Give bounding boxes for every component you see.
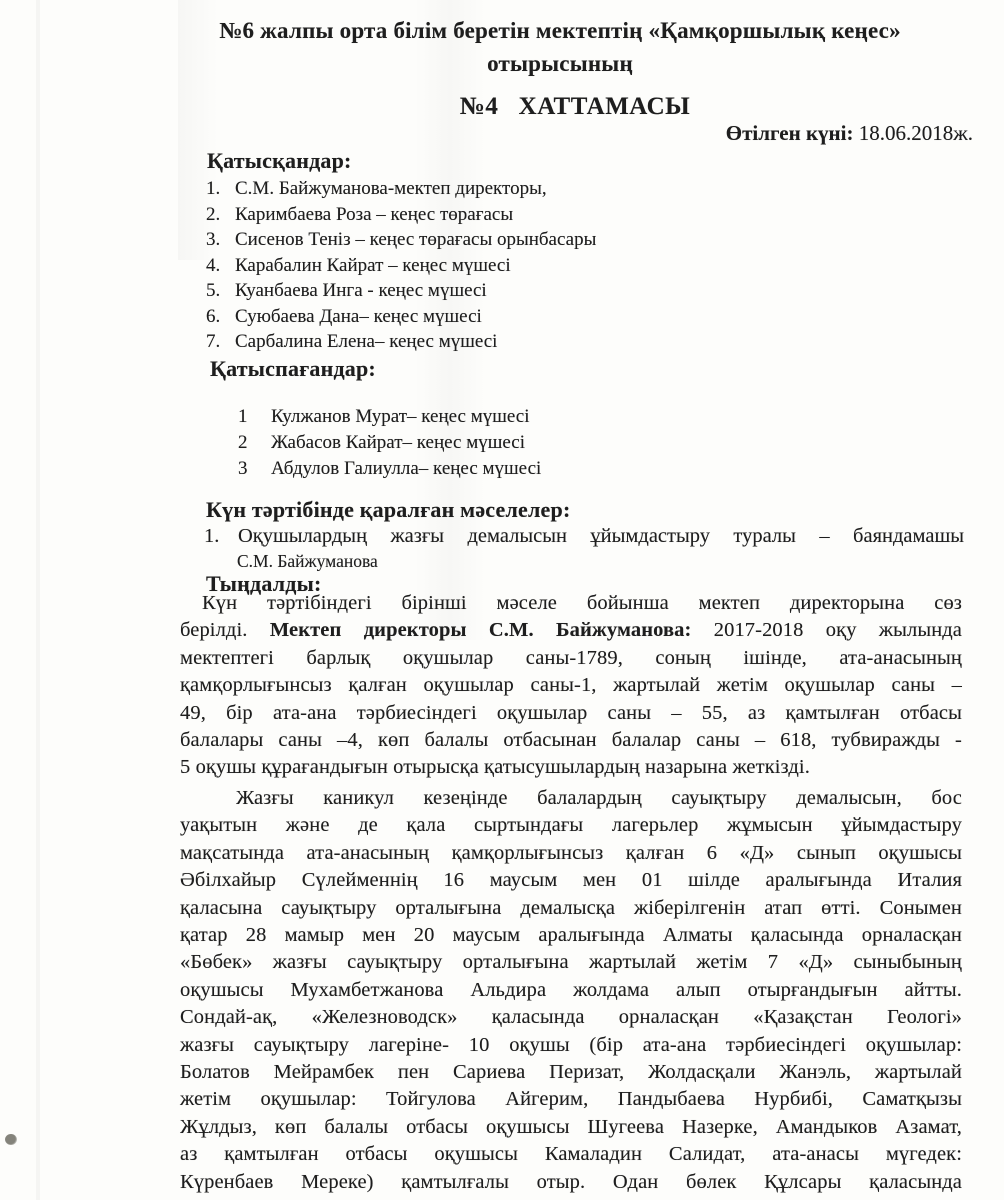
- agenda-item-number: 1.: [204, 525, 238, 548]
- date-label: Өтілген күні:: [726, 121, 854, 145]
- attendee-text: Суюбаева Дана– кеңес мүшесі: [235, 304, 482, 330]
- absentee-number: 3: [238, 456, 271, 482]
- absentee-text: Жабасов Кайрат– кеңес мүшесі: [271, 430, 525, 456]
- attendees-heading: Қатысқандар:: [207, 148, 352, 174]
- paragraph-line: қаласына сауықтыру орталығына демалысқа …: [180, 895, 962, 922]
- paragraph-line: Әбілхайыр Сүлейменнің 16 маусым мен 01 ш…: [180, 867, 962, 894]
- attendee-text: Сисенов Теніз – кеңес төрағасы орынбасар…: [235, 227, 596, 253]
- attendee-number: 3.: [206, 227, 235, 253]
- absentee-text: Кулжанов Мурат– кеңес мүшесі: [271, 404, 529, 430]
- paragraph-line: қатар 28 мамыр мен 20 маусым аралығында …: [180, 922, 962, 949]
- attendee-row: 3.Сисенов Теніз – кеңес төрағасы орынбас…: [206, 227, 596, 253]
- paragraph-line: Болатов Мейрамбек пен Сариева Перизат, Ж…: [180, 1059, 962, 1086]
- attendee-row: 1.С.М. Байжуманова-мектеп директоры,: [206, 176, 596, 202]
- attendee-number: 6.: [206, 304, 235, 330]
- paragraph-line: Жазғы каникул кезеңінде балалардың сауық…: [180, 785, 962, 812]
- absentee-row: 2Жабасов Кайрат– кеңес мүшесі: [238, 430, 541, 456]
- attendee-text: Куанбаева Инга - кеңес мүшесі: [235, 278, 487, 304]
- paragraph-line: уақытын және де қала сыртындағы лагерьле…: [180, 812, 962, 839]
- absentee-row: 1Кулжанов Мурат– кеңес мүшесі: [238, 404, 541, 430]
- line-text: 2017-2018 оқу жылында: [691, 619, 962, 641]
- date-line: Өтілген күні: 18.06.2018ж.: [180, 121, 973, 146]
- director-name-bold: Мектеп директоры С.М. Байжуманова:: [270, 619, 692, 641]
- paragraph-line: 5 оқушы құрағандығын отырысқа қатысушыла…: [180, 754, 962, 781]
- attendee-row: 5.Куанбаева Инга - кеңес мүшесі: [206, 278, 596, 304]
- attendee-row: 2.Каримбаева Роза – кеңес төрағасы: [206, 202, 596, 228]
- line-text: берілді.: [180, 619, 270, 641]
- document-title-line2: отырысының: [170, 47, 950, 80]
- attendee-row: 4.Карабалин Кайрат – кеңес мүшесі: [206, 253, 596, 279]
- attendees-list: 1.С.М. Байжуманова-мектеп директоры, 2.К…: [206, 176, 596, 355]
- scanned-protocol-document: №6 жалпы орта білім беретін мектептің «Қ…: [0, 0, 1004, 1200]
- attendee-text: Каримбаева Роза – кеңес төрағасы: [235, 202, 513, 228]
- agenda-heading: Күн тәртібінде қаралған мәселелер:: [206, 497, 570, 523]
- paragraph-line: жетім оқушылар: Тойгулова Айгерим, Панды…: [180, 1086, 962, 1113]
- paragraph-line: Сондай-ақ, «Железноводск» қаласында орна…: [180, 1004, 962, 1031]
- agenda-item: 1. Оқушылардың жазғы демалысын ұйымдасты…: [204, 525, 964, 548]
- heard-paragraph-1: Күн тәртібіндегі бірінші мәселе бойынша …: [180, 590, 962, 782]
- paragraph-line: мақсатында ата-анасының қамқорлығынсыз қ…: [180, 840, 962, 867]
- agenda-speaker: С.М. Байжуманова: [237, 551, 378, 572]
- paragraph-line: «Бөбек» жазғы сауықтыру орталығына жарты…: [180, 949, 962, 976]
- absentees-list: 1Кулжанов Мурат– кеңес мүшесі 2Жабасов К…: [238, 404, 541, 481]
- paragraph-line: берілді. Мектеп директоры С.М. Байжумано…: [180, 617, 962, 644]
- paragraph-line: 49, бір ата-ана тәрбиесіндегі оқушылар с…: [180, 700, 962, 727]
- attendee-text: С.М. Байжуманова-мектеп директоры,: [235, 176, 547, 202]
- attendee-number: 1.: [206, 176, 235, 202]
- absentee-number: 2: [238, 430, 271, 456]
- paragraph-line: Күн тәртібіндегі бірінші мәселе бойынша …: [180, 590, 962, 617]
- paragraph-line: жазғы сауықтыру лагеріне- 10 оқушы (бір …: [180, 1032, 962, 1059]
- absentee-text: Абдулов Галиулла– кеңес мүшесі: [271, 456, 541, 482]
- heard-paragraph-2: Жазғы каникул кезеңінде балалардың сауық…: [180, 785, 962, 1196]
- absentee-number: 1: [238, 404, 271, 430]
- attendee-text: Сарбалина Елена– кеңес мүшесі: [235, 329, 497, 355]
- punch-hole-dot: [5, 1134, 17, 1145]
- attendee-number: 7.: [206, 329, 235, 355]
- attendee-number: 2.: [206, 202, 235, 228]
- absentee-row: 3Абдулов Галиулла– кеңес мүшесі: [238, 456, 541, 482]
- paragraph-line: оқушысы Мухамбетжанова Альдира жолдама а…: [180, 977, 962, 1004]
- paragraph-line: қамқорлығынсыз қалған оқушылар саны-1, ж…: [180, 672, 962, 699]
- absentees-heading: Қатыспағандар:: [210, 356, 376, 382]
- attendee-text: Карабалин Кайрат – кеңес мүшесі: [235, 253, 511, 279]
- attendee-number: 4.: [206, 253, 235, 279]
- paragraph-line: балалары саны –4, көп балалы отбасынан б…: [180, 727, 962, 754]
- paragraph-line: Жұлдыз, көп балалы отбасы оқушысы Шугеев…: [180, 1114, 962, 1141]
- protocol-number-title: №4 ХАТТАМАСЫ: [180, 93, 970, 121]
- attendee-number: 5.: [206, 278, 235, 304]
- agenda-item-text: Оқушылардың жазғы демалысын ұйымдастыру …: [238, 525, 964, 548]
- attendee-row: 7.Сарбалина Елена– кеңес мүшесі: [206, 329, 596, 355]
- paragraph-line: Күренбаев Мереке) қамтылғалы отыр. Одан …: [180, 1169, 962, 1196]
- attendee-row: 6.Суюбаева Дана– кеңес мүшесі: [206, 304, 596, 330]
- paragraph-line: аз қамтылған отбасы оқушысы Камаладин Са…: [180, 1141, 962, 1168]
- date-value: 18.06.2018ж.: [853, 121, 973, 145]
- paragraph-line: мектептегі барлық оқушылар саны-1789, со…: [180, 645, 962, 672]
- scan-streak: [36, 0, 40, 1200]
- document-title-line1: №6 жалпы орта білім беретін мектептің «Қ…: [170, 14, 950, 47]
- document-title: №6 жалпы орта білім беретін мектептің «Қ…: [170, 14, 950, 80]
